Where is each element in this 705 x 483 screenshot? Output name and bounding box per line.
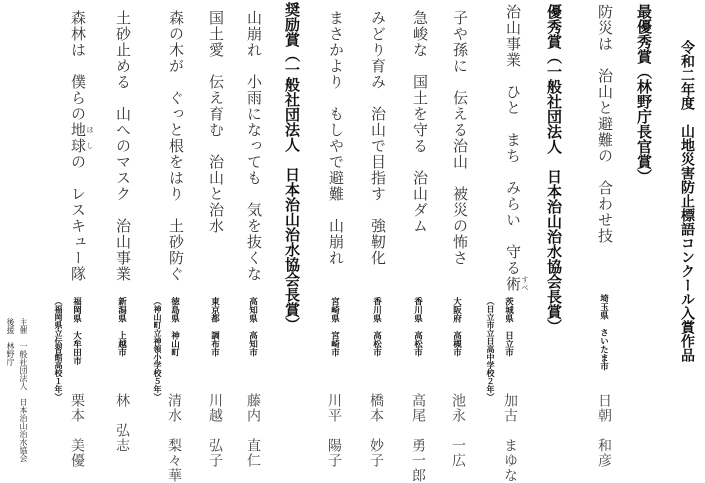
entry-address: 埼玉県 さいたま市 [599, 294, 608, 371]
entry-name: 林 弘志 [115, 393, 129, 453]
entry-address: 大阪府 高槻市 [452, 297, 461, 357]
slogan: 急峻な 国土を守る 治山ダム [412, 10, 427, 234]
entry-address: 宮崎県 宮崎市 [330, 297, 339, 357]
entry-address: 新潟県 上越市 [117, 297, 126, 357]
entry-name: 川平 陽子 [327, 393, 341, 468]
entry-address: 香川県 高松市 [372, 297, 381, 357]
entry-name: 栗本 美優 [70, 393, 84, 468]
slogan: 国土愛 伝え育む 治山と治水 [208, 10, 223, 234]
entry-school: （福岡県立伝習館高校１年） [54, 297, 62, 401]
entry-address: 徳島県 神山町 [170, 297, 179, 357]
slogan: みどり育み 治山で目指す 強靭化 [370, 10, 385, 266]
slogan: 森の木が ぐっと根をはり 土砂防ぐ [168, 10, 183, 282]
organizer-credit: 主催 一般社団法人 日本治山治水協会 [19, 318, 27, 462]
award-heading-encouragement: 奨励賞（一般社団法人 日本治山治水協会長賞） [284, 2, 299, 332]
entry-address: 茨城県 日立市 [504, 297, 513, 357]
slogan: 治山事業 ひと まち みらい 守る術すべ [505, 4, 529, 292]
slogan: 子や孫に 伝える治山 被災の怖さ [452, 10, 467, 266]
entry-name: 橋本 妙子 [369, 393, 383, 468]
award-heading-excellence: 優秀賞（一般社団法人 日本治山治水協会長賞） [546, 4, 561, 334]
entry-address: 福岡県 大牟田市 [72, 297, 81, 365]
entry-address: 香川県 高松市 [413, 297, 422, 357]
entry-name: 日朝 和彦 [597, 393, 611, 468]
slogan: まさかより もしやで避難 山崩れ [328, 10, 343, 266]
ruby-word: 地球ほし [69, 122, 87, 154]
document-title: 令和二年度 山地災害防止標語コンクール入賞作品 [680, 40, 694, 362]
entry-name: 高尾 勇一郎 [411, 393, 425, 483]
slogan-text: 森林は 僕らの [69, 10, 87, 122]
slogan-text: 治山事業 ひと まち みらい 守る [504, 4, 522, 276]
ruby-word: 術すべ [504, 276, 522, 292]
award-heading-grand-prize: 最優秀賞（林野庁長官賞） [636, 4, 651, 184]
slogan: 山崩れ 小雨になっても 気を抜くな [246, 10, 261, 282]
entry-name: 清水 梨々華 [167, 393, 181, 483]
slogan-text: の レスキュー隊 [69, 154, 87, 282]
supporter-credit: 後援 林野庁 [6, 318, 14, 366]
ruby-reading: ほし [86, 122, 94, 154]
entry-name: 加古 まゆな [503, 393, 517, 483]
entry-school: （日立市立日高中学校２年） [486, 297, 494, 401]
slogan: 森林は 僕らの地球ほしの レスキュー隊 [70, 10, 94, 282]
entry-name: 川越 弘子 [208, 393, 222, 468]
ruby-base: 術 [504, 276, 522, 292]
ruby-reading: すべ [521, 276, 529, 292]
ruby-base: 地球 [69, 122, 87, 154]
entry-school: （神山町立神領小学校５年） [153, 297, 161, 401]
entry-name: 藤内 直仁 [246, 393, 260, 468]
entry-address: 東京都 調布市 [210, 297, 219, 357]
entry-address: 高知県 高知市 [248, 297, 257, 357]
entry-name: 池永 一広 [451, 393, 465, 468]
slogan: 防災は 治山と避難の 合わせ技 [597, 4, 612, 244]
slogan: 土砂止める 山へのマスク 治山事業 [115, 10, 130, 282]
